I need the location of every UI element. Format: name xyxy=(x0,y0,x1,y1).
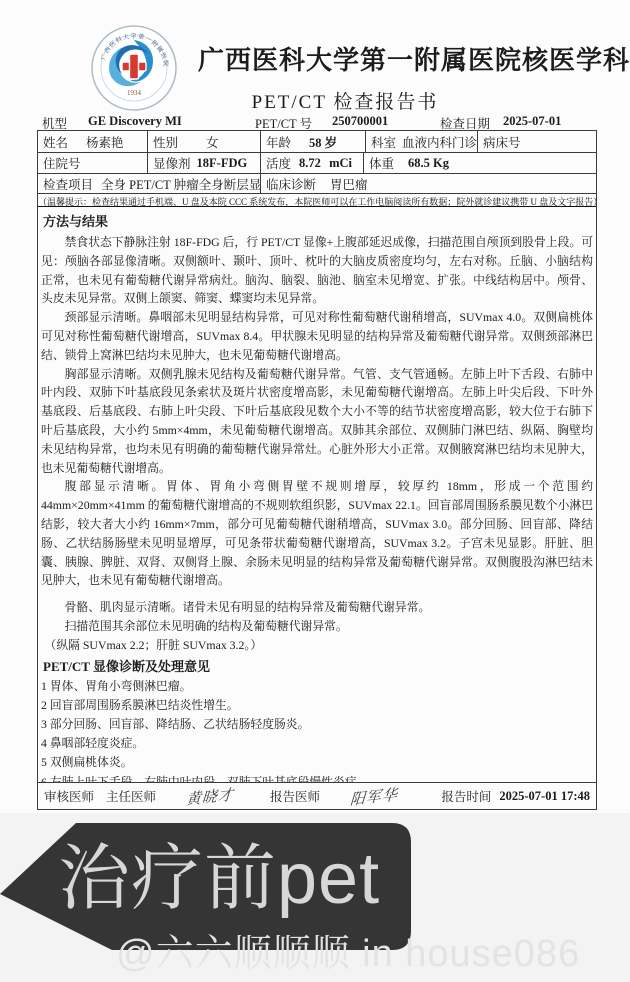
impression-item: 3 部分回肠、回盲部、降结肠、乙状结肠轻度肠炎。 xyxy=(41,715,593,734)
findings-paragraph: 禁食状态下静脉注射 18F-FDG 后，行 PET/CT 显像+上腹部延迟成像，… xyxy=(41,233,593,308)
dept-label: 科室 xyxy=(371,133,396,151)
findings-paragraph: 腹部显示清晰。胃体、胃角小弯侧胃壁不规则增厚，较厚约 18mm，形成一个范围约 … xyxy=(41,477,593,590)
gender-value: 女 xyxy=(206,133,219,151)
report-time-label: 报告时间 xyxy=(441,787,491,805)
patient-row-2: 住院号 显像剂 18F-FDG 活度 8.72 mCi 体重 68.5 Kg xyxy=(38,153,596,174)
age-value: 58 岁 xyxy=(309,133,337,151)
info-row: 机型 GE Discovery MI PET/CT 号 250700001 检查… xyxy=(37,114,597,130)
reviewer-signature: 黄晓才 xyxy=(185,783,234,809)
name-value: 杨素艳 xyxy=(86,133,124,151)
tracer-cell: 显像剂 18F-FDG xyxy=(148,153,261,173)
findings-paragraph: 骨骼、肌肉显示清晰。诸骨未见有明显的结构异常及葡萄糖代谢异常。 xyxy=(41,598,593,617)
banner-text: 治疗前pet xyxy=(58,842,380,918)
exam-item-label: 检查项目 xyxy=(43,175,93,193)
clinical-dx-label: 临床诊断 xyxy=(266,175,316,193)
reviewer-label: 审核医师 xyxy=(44,787,94,805)
report-body-box: 姓名 杨素艳 性别 女 年龄 58 岁 科室 血液内科门诊 病床号 住院号 xyxy=(37,130,597,810)
tracer-label: 显像剂 xyxy=(153,154,191,172)
weight-cell: 体重 68.5 Kg xyxy=(364,153,596,173)
clinical-dx-cell: 临床诊断 胃巴瘤 xyxy=(261,174,596,193)
exam-date-value: 2025-07-01 xyxy=(503,114,561,129)
age-cell: 年龄 58 岁 xyxy=(261,131,366,152)
findings-paragraph: 扫描范围其余部位未见明确的结构及葡萄糖代谢异常。 xyxy=(41,617,593,636)
bed-cell: 病床号 xyxy=(478,131,596,152)
report-page: 广西医科大学第一附属医院 1934 广西医科大学第一附属医院核医学科 PET/C… xyxy=(0,0,630,982)
impression-item: 1 胃体、胃角小弯侧淋巴瘤。 xyxy=(41,677,593,696)
report-title: PET/CT 检查报告书 xyxy=(60,87,630,114)
reporter-label: 报告医师 xyxy=(270,787,320,805)
impression-item: 2 回盲部周围肠系膜淋巴结炎性增生。 xyxy=(41,696,593,715)
model-value: GE Discovery MI xyxy=(88,114,182,129)
notice-line: （温馨提示：检查结果通过手机端、U 盘及本院 CCC 系统发布，本院医师可以在工… xyxy=(38,194,596,209)
age-label: 年龄 xyxy=(266,133,291,151)
findings-heading: 方法与结果 xyxy=(43,213,593,230)
bed-label: 病床号 xyxy=(483,133,521,151)
signature-row: 审核医师 主任医师 黄晓才 报告医师 阳军华 报告时间 2025-07-01 1… xyxy=(38,782,596,809)
activity-cell: 活度 8.72 mCi xyxy=(261,153,364,173)
hospital-name: 广西医科大学第一附属医院核医学科 xyxy=(198,40,608,77)
findings-paragraph: 颈部显示清晰。鼻咽部未见明显结构异常，可见对称性葡萄糖代谢稍增高，SUVmax … xyxy=(41,308,593,364)
watermark-text: @六六顺顺顺 in house086 xyxy=(116,922,580,977)
activity-label: 活度 xyxy=(266,154,291,172)
clinical-dx-value: 胃巴瘤 xyxy=(330,175,368,193)
activity-value: 8.72 xyxy=(299,156,321,171)
gender-label: 性别 xyxy=(153,133,178,151)
findings-suv-note: （纵隔 SUVmax 2.2；肝脏 SUVmax 3.2。） xyxy=(41,636,593,655)
reviewer-title: 主任医师 xyxy=(106,787,156,805)
tracer-value: 18F-FDG xyxy=(197,156,248,171)
activity-unit: mCi xyxy=(329,156,358,171)
patient-row-3: 检查项目 全身 PET/CT 肿瘤全身断层显像 临床诊断 胃巴瘤 xyxy=(38,174,596,194)
dept-cell: 科室 血液内科门诊 xyxy=(366,131,478,152)
report-time-value: 2025-07-01 17:48 xyxy=(499,789,590,804)
gender-cell: 性别 女 xyxy=(148,131,261,152)
name-cell: 姓名 杨素艳 xyxy=(38,131,148,152)
admission-cell: 住院号 xyxy=(38,153,148,173)
impression-item: 6 左肺上叶下舌段、右肺中叶内段、双肺下叶基底段慢性炎症。 xyxy=(41,773,593,782)
patient-row-1: 姓名 杨素艳 性别 女 年龄 58 岁 科室 血液内科门诊 病床号 xyxy=(38,131,596,153)
weight-value: 68.5 Kg xyxy=(408,156,449,171)
impression-heading: PET/CT 显像诊断及处理意见 xyxy=(43,658,593,675)
exam-item-cell: 检查项目 全身 PET/CT 肿瘤全身断层显像 xyxy=(38,174,261,193)
findings-paragraph: 胸部显示清晰。双侧乳腺未见结构及葡萄糖代谢异常。气管、支气管通畅。左肺上叶下舌段… xyxy=(41,365,593,478)
reporter-signature: 阳军华 xyxy=(349,783,398,809)
petct-no-value: 250700001 xyxy=(332,114,388,129)
impression-item: 4 鼻咽部轻度炎症。 xyxy=(41,734,593,753)
dept-value: 血液内科门诊 xyxy=(402,133,477,151)
name-label: 姓名 xyxy=(43,133,68,151)
impression-item: 5 双侧扁桃体炎。 xyxy=(41,753,593,772)
weight-label: 体重 xyxy=(369,154,394,172)
admission-label: 住院号 xyxy=(43,154,81,172)
findings-section: 方法与结果 禁食状态下静脉注射 18F-FDG 后，行 PET/CT 显像+上腹… xyxy=(38,209,596,782)
exam-item-value: 全身 PET/CT 肿瘤全身断层显像 xyxy=(101,175,261,193)
